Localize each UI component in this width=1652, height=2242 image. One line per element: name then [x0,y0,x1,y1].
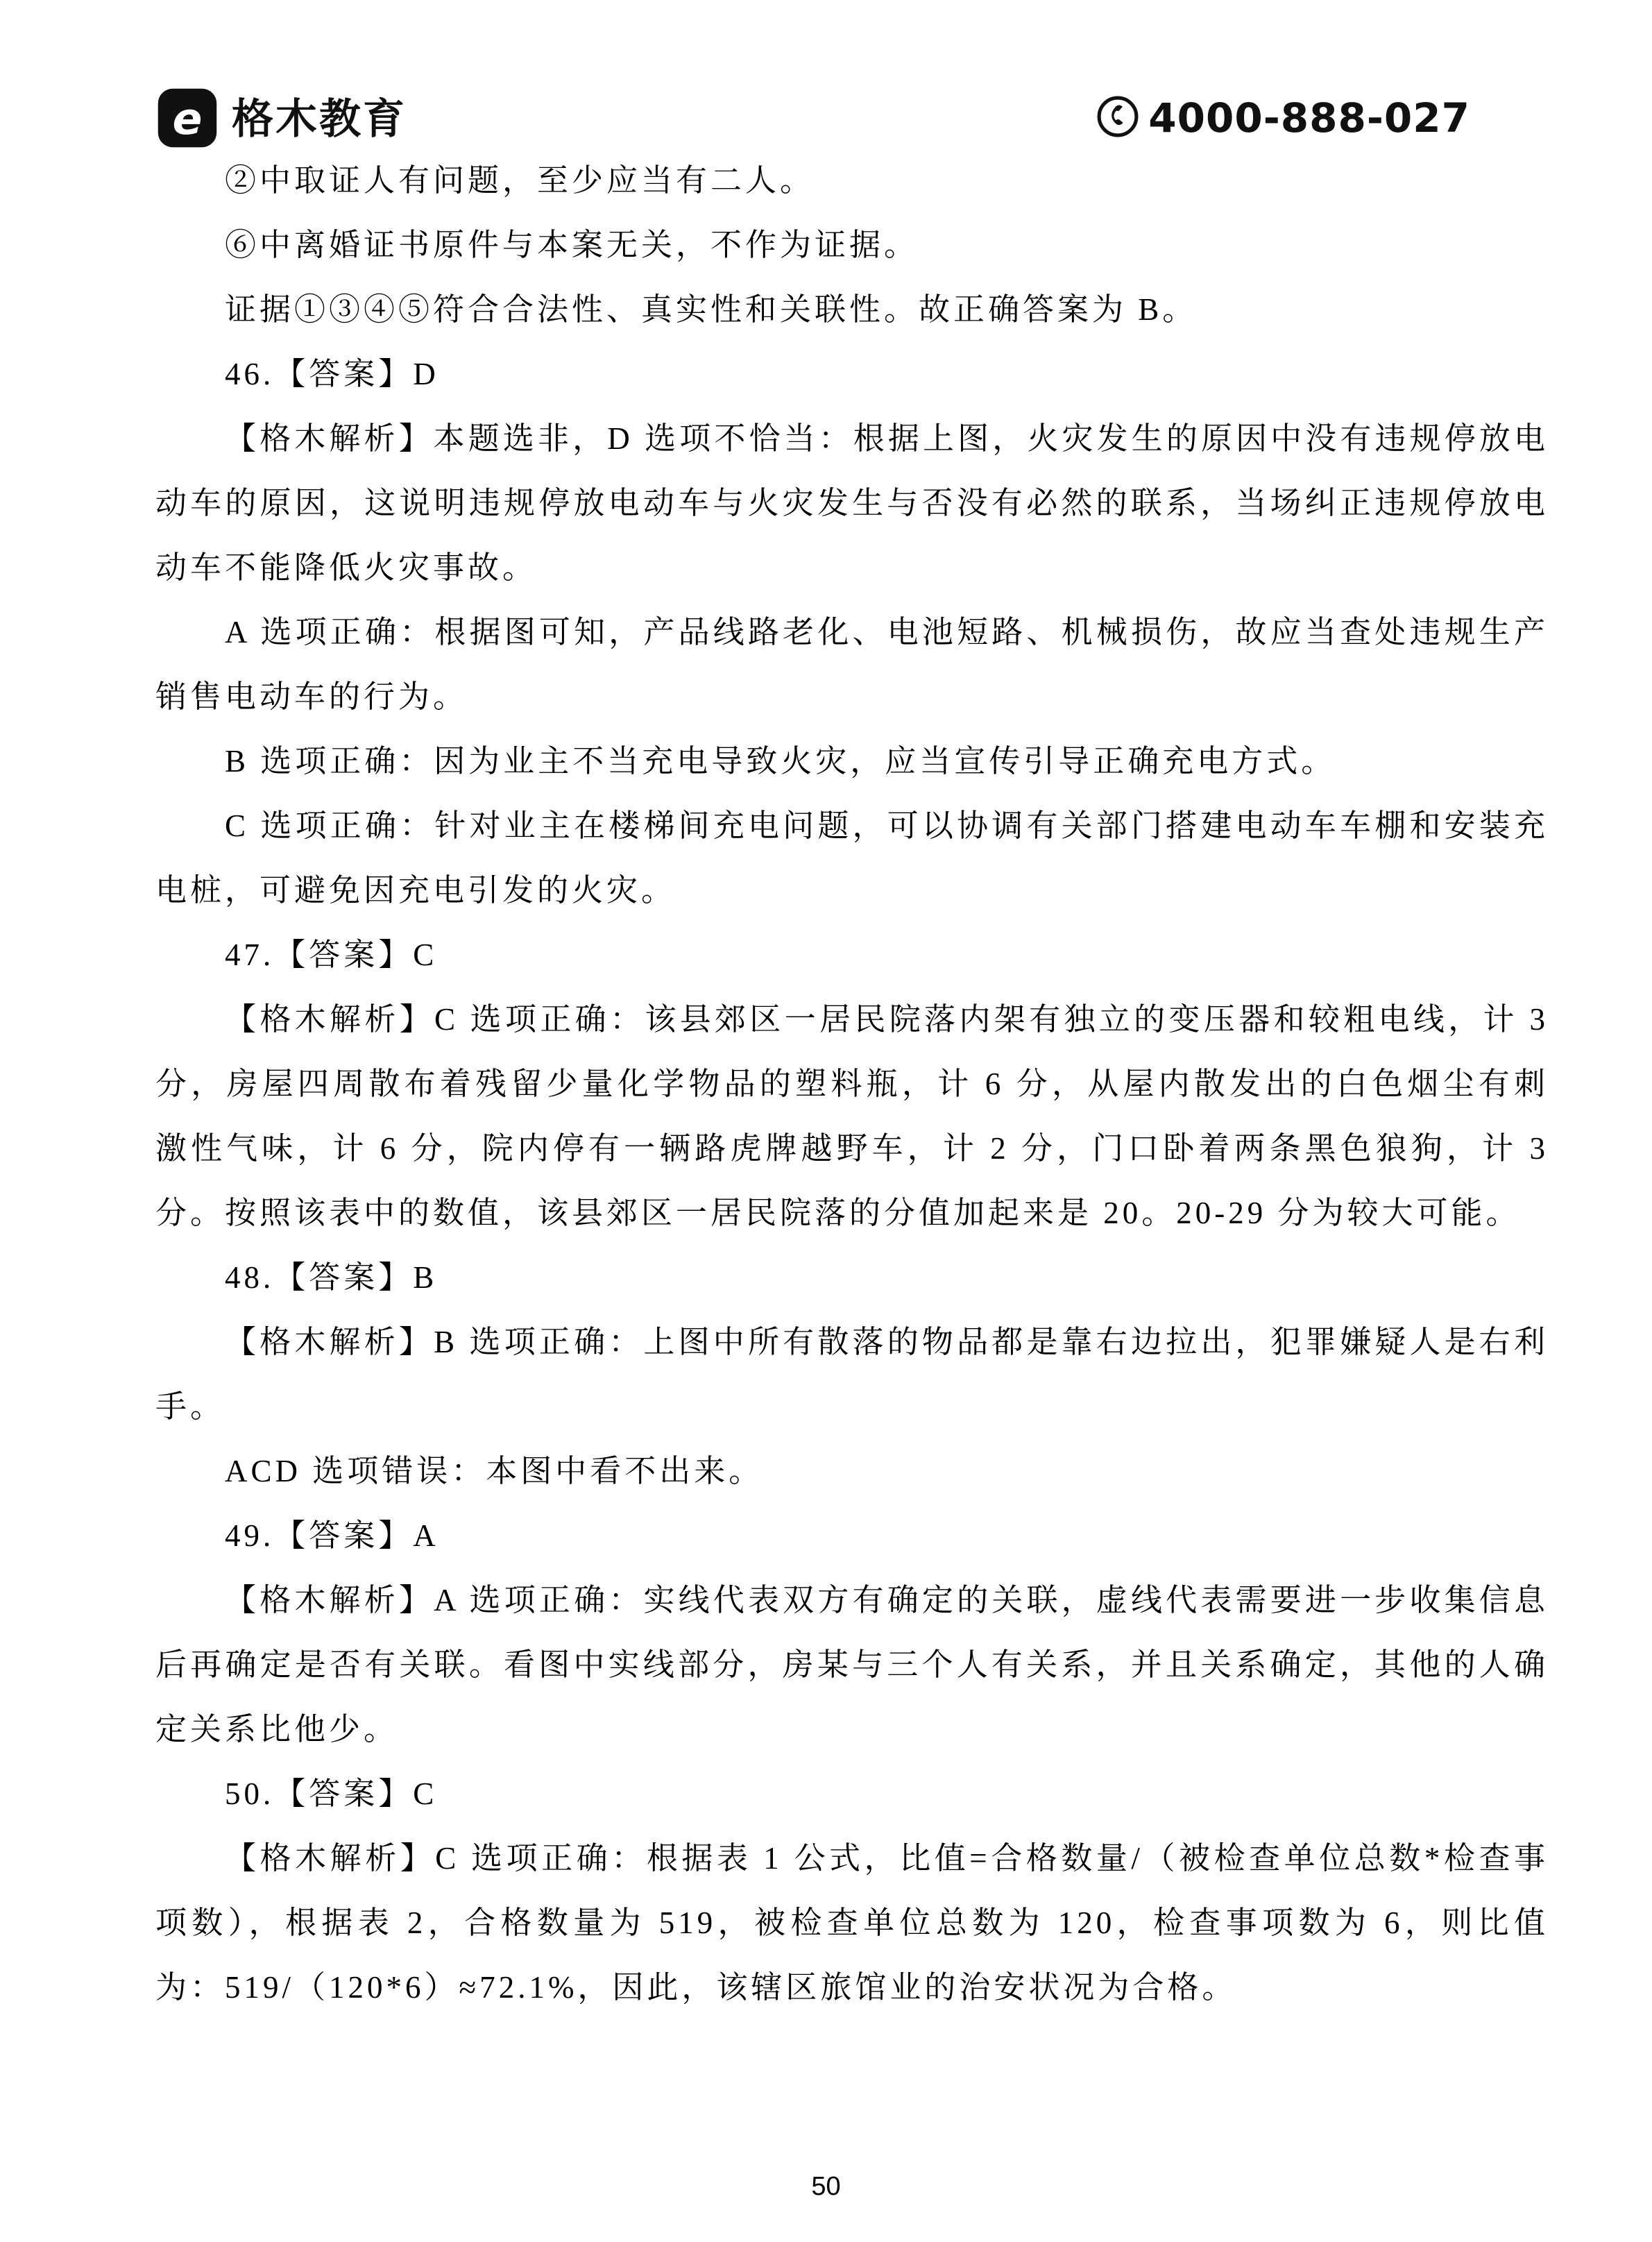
paragraph: 49.【答案】A [155,1504,1549,1568]
brand: e 格木教育 [157,87,407,148]
paragraph: C 选项正确：针对业主在楼梯间充电问题，可以协调有关部门搭建电动车车棚和安装充电… [155,794,1549,923]
document-page: e 格木教育 4000-888-027 ②中取证人有问题，至少应当有二人。⑥中离… [0,0,1652,2242]
paragraph: 50.【答案】C [155,1762,1549,1826]
answer-explanations: ②中取证人有问题，至少应当有二人。⑥中离婚证书原件与本案无关，不作为证据。证据①… [155,148,1549,2020]
brand-name: 格木教育 [232,96,407,140]
paragraph: A 选项正确：根据图可知，产品线路老化、电池短路、机械损伤，故应当查处违规生产销… [155,600,1549,729]
paragraph: 47.【答案】C [155,923,1549,987]
paragraph: ②中取证人有问题，至少应当有二人。 [155,148,1549,213]
paragraph: 【格木解析】A 选项正确：实线代表双方有确定的关联，虚线代表需要进一步收集信息后… [155,1568,1549,1762]
paragraph: 【格木解析】C 选项正确：该县郊区一居民院落内架有独立的变压器和较粗电线，计 3… [155,987,1549,1246]
paragraph: 46.【答案】D [155,342,1549,407]
paragraph: B 选项正确：因为业主不当充电导致火灾，应当宣传引导正确充电方式。 [155,729,1549,794]
page-number: 50 [0,2172,1652,2202]
svg-text:e: e [173,93,203,144]
phone-circle-icon [1096,94,1140,142]
paragraph: ⑥中离婚证书原件与本案无关，不作为证据。 [155,213,1549,278]
paragraph: ACD 选项错误：本图中看不出来。 [155,1439,1549,1504]
paragraph: 【格木解析】C 选项正确：根据表 1 公式，比值=合格数量/（被检查单位总数*检… [155,1826,1549,2020]
phone-number: 4000-888-027 [1148,98,1470,138]
paragraph: 证据①③④⑤符合合法性、真实性和关联性。故正确答案为 B。 [155,278,1549,342]
page-header: e 格木教育 4000-888-027 [157,85,1470,151]
paragraph: 【格木解析】本题选非，D 选项不恰当：根据上图，火灾发生的原因中没有违规停放电动… [155,407,1549,600]
paragraph: 【格木解析】B 选项正确：上图中所有散落的物品都是靠右边拉出，犯罪嫌疑人是右利手… [155,1310,1549,1439]
contact-phone: 4000-888-027 [1096,94,1470,142]
paragraph: 48.【答案】B [155,1246,1549,1310]
gemu-logo-icon: e [157,87,218,148]
